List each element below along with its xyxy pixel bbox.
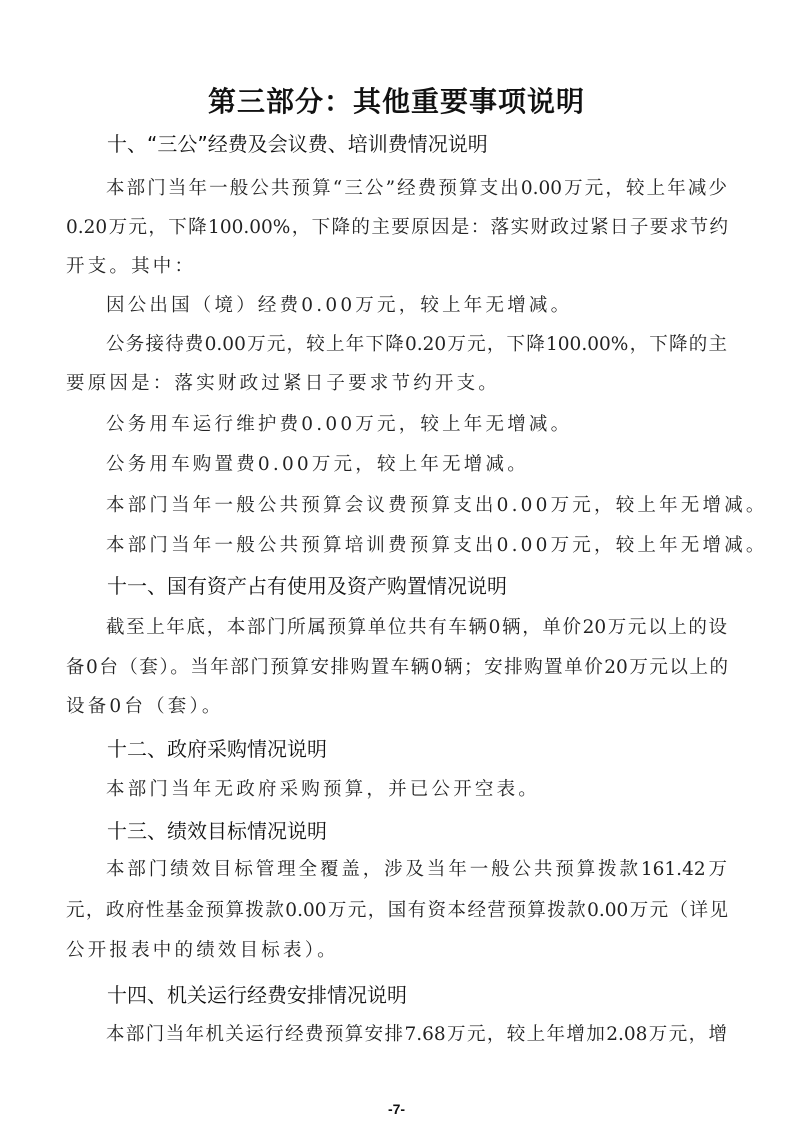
paragraph-line: 本部门当年机关运行经费预算安排7.68万元，较上年增加2.08万元，增: [106, 1020, 727, 1046]
paragraph-line: 设备0台（套）。: [66, 692, 224, 718]
paragraph-line: 公务接待费0.00万元，较上年下降0.20万元，下降100.00%，下降的主: [106, 330, 727, 356]
section-heading-11: 十一、国有资产占有使用及资产购置情况说明: [107, 570, 507, 599]
paragraph-line: 本部门当年无政府采购预算，并已公开空表。: [106, 775, 540, 801]
paragraph-line: 本部门当年一般公共预算培训费预算支出0.00万元，较上年无增减。: [106, 531, 768, 557]
paragraph-line: 本部门当年一般公共预算“三公”经费预算支出0.00万元，较上年减少: [66, 174, 727, 200]
paragraph-line: 本部门绩效目标管理全覆盖，涉及当年一般公共预算拨款161.42万: [106, 855, 727, 881]
section-heading-10: 十、“三公”经费及会议费、培训费情况说明: [107, 128, 488, 157]
page-title: 第三部分：其他重要事项说明: [0, 80, 793, 120]
page-number: -7-: [0, 1101, 793, 1117]
paragraph-line: 公务用车运行维护费0.00万元，较上年无增减。: [106, 410, 572, 436]
document-page: 第三部分：其他重要事项说明 十、“三公”经费及会议费、培训费情况说明 本部门当年…: [0, 0, 793, 1122]
section-heading-12: 十二、政府采购情况说明: [107, 733, 327, 762]
paragraph-line: 备0台（套）。当年部门预算安排购置车辆0辆；安排购置单价20万元以上的: [66, 653, 728, 679]
paragraph-line: 截至上年底，本部门所属预算单位共有车辆0辆，单价20万元以上的设: [106, 613, 727, 639]
paragraph-line: 公开报表中的绩效目标表）。: [66, 936, 339, 962]
paragraph-line: 公务用车购置费0.00万元，较上年无增减。: [106, 450, 529, 476]
paragraph-line: 因公出国（境）经费0.00万元，较上年无增减。: [106, 291, 572, 317]
section-heading-14: 十四、机关运行经费安排情况说明: [107, 979, 407, 1008]
paragraph-line: 本部门当年一般公共预算会议费预算支出0.00万元，较上年无增减。: [106, 491, 768, 517]
paragraph-line: 开支。其中：: [66, 252, 196, 278]
paragraph-line: 元，政府性基金预算拨款0.00万元，国有资本经营预算拨款0.00万元（详见: [66, 896, 728, 922]
paragraph-line: 0.20万元，下降100.00%，下降的主要原因是：落实财政过紧日子要求节约: [66, 213, 728, 239]
section-heading-13: 十三、绩效目标情况说明: [107, 815, 327, 844]
paragraph-line: 要原因是：落实财政过紧日子要求节约开支。: [66, 369, 500, 395]
